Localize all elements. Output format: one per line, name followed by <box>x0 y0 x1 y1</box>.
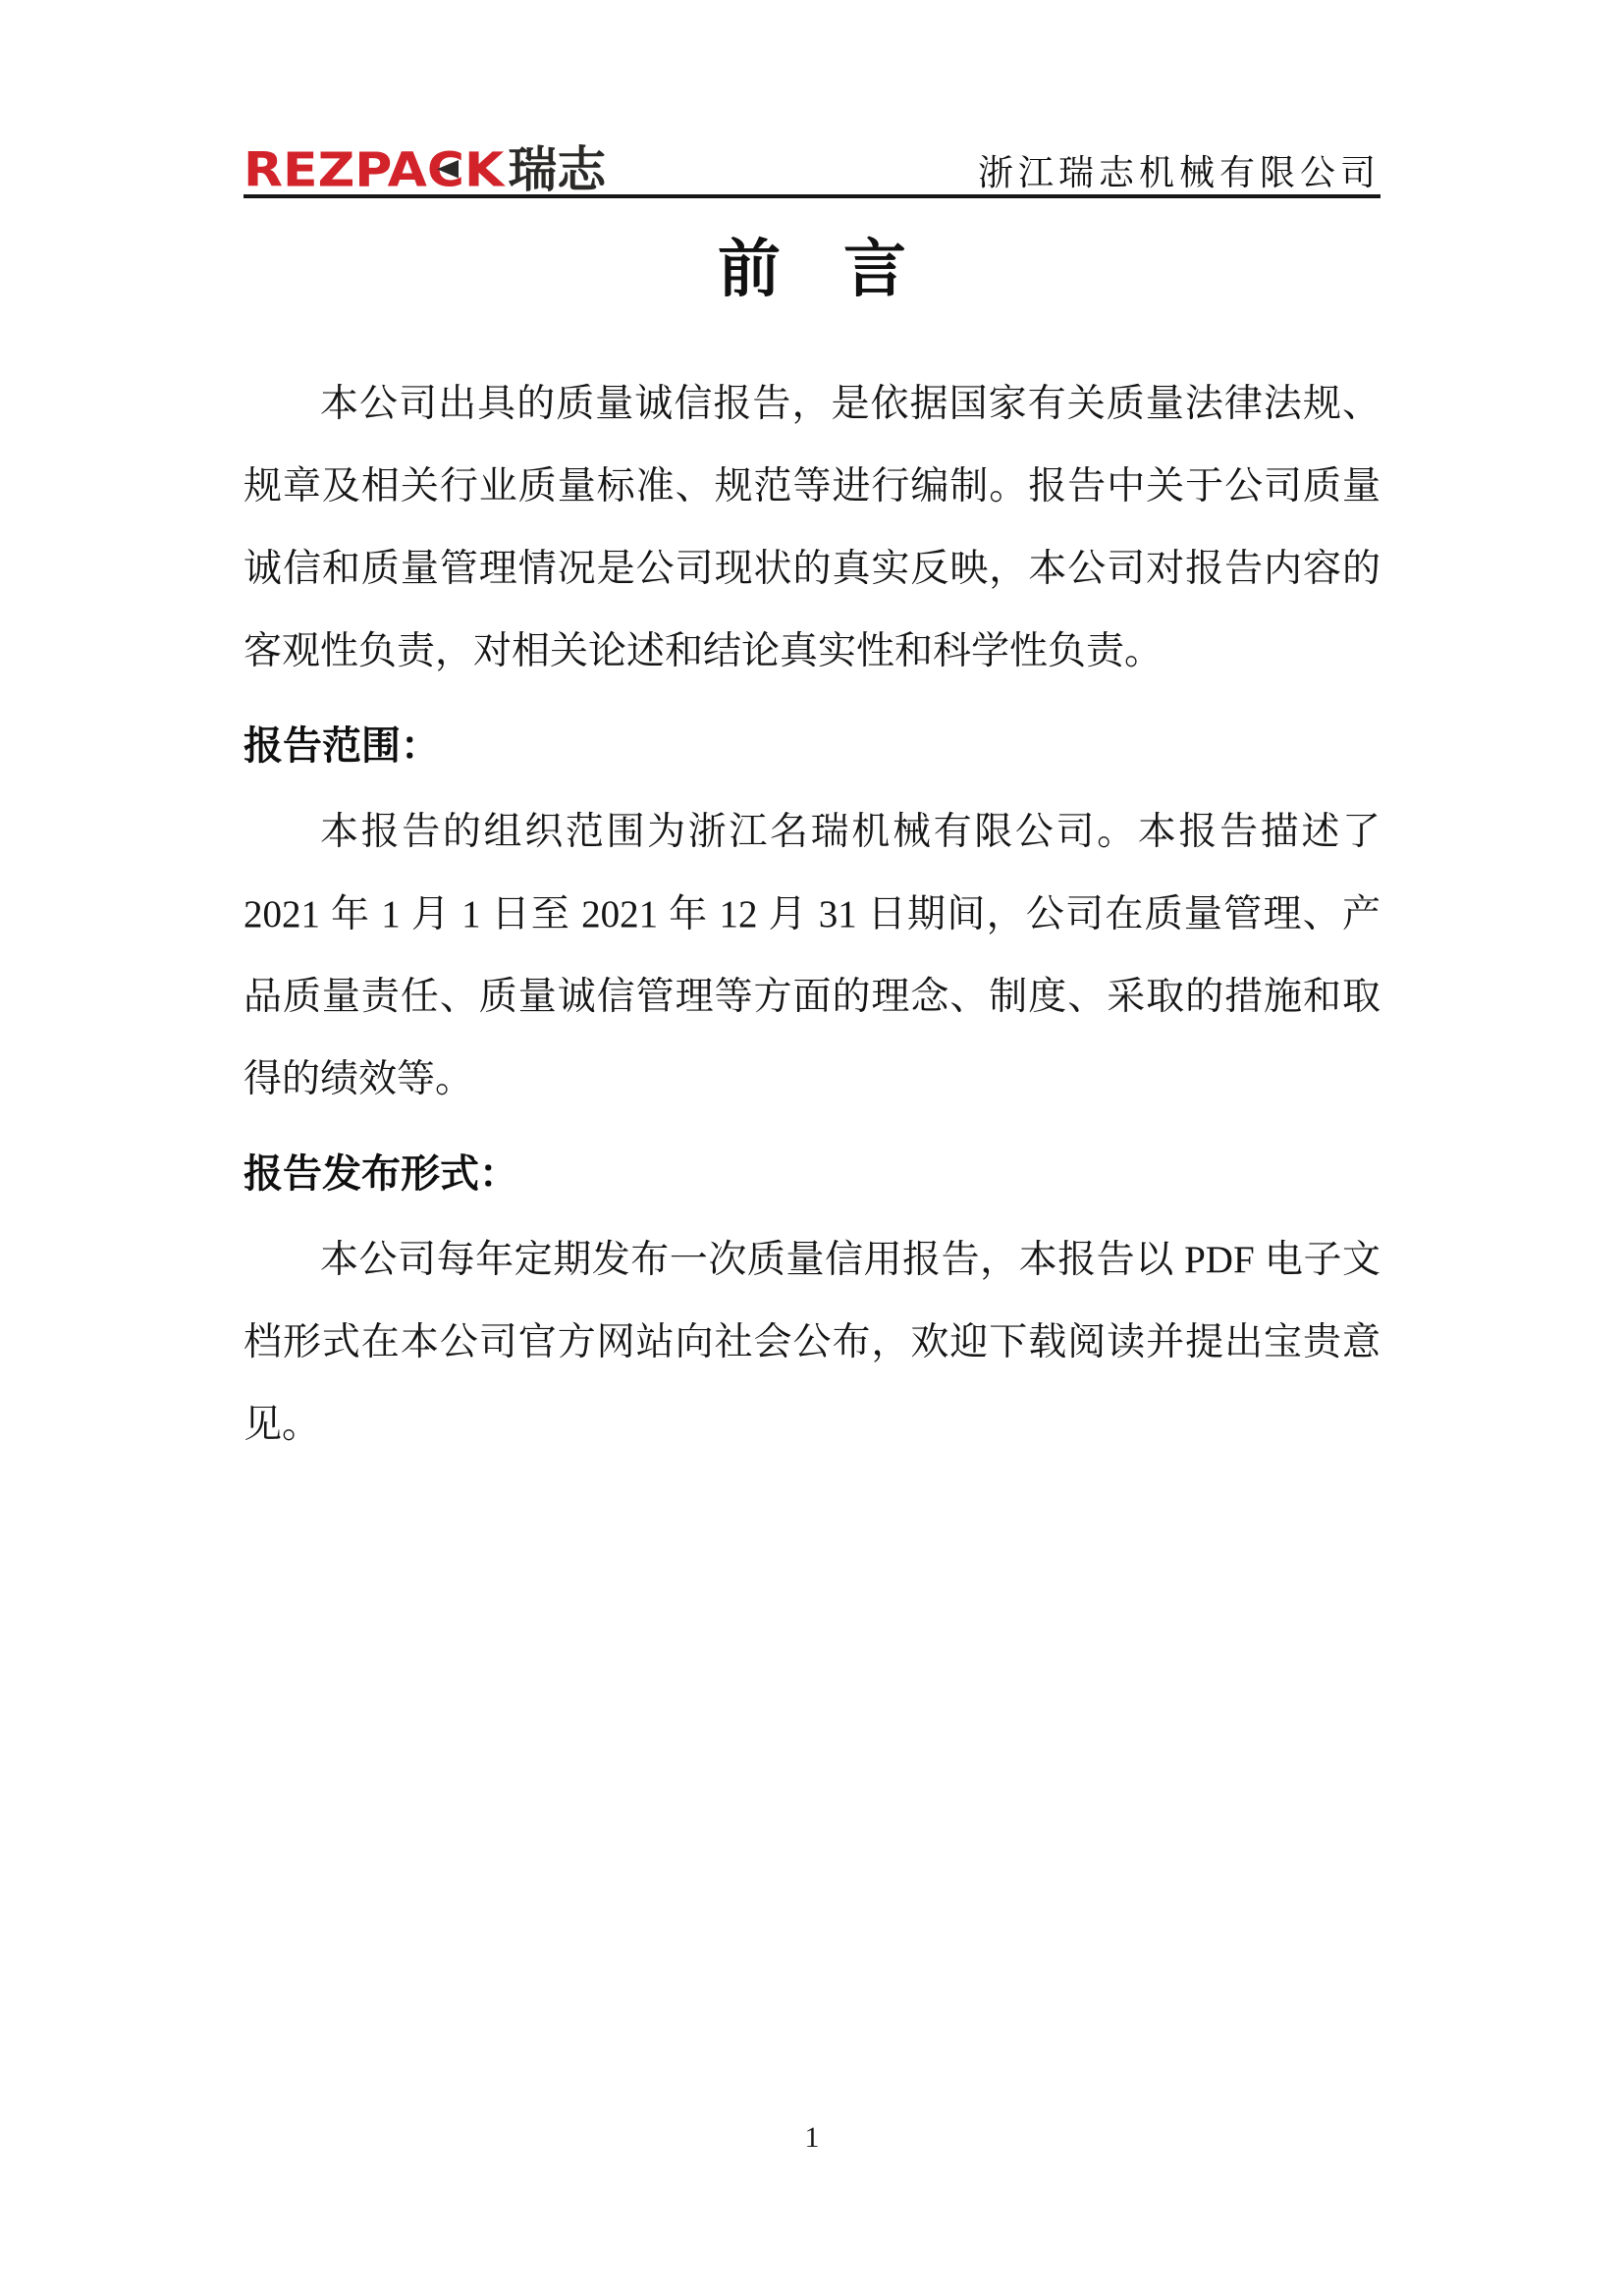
logo-cjk-text: 瑞志 <box>508 145 606 194</box>
document-body: 本公司出具的质量诚信报告，是依据国家有关质量法律法规、规章及相关行业质量标准、规… <box>244 363 1380 1467</box>
document-page: REZPACK 瑞志 浙江瑞志机械有限公司 前 言 本公司出具的质量诚信报告，是… <box>0 0 1624 2296</box>
section-heading-report-scope: 报告范围： <box>244 705 1380 787</box>
page-header: REZPACK 瑞志 浙江瑞志机械有限公司 <box>244 0 1380 198</box>
header-company-name: 浙江瑞志机械有限公司 <box>978 155 1380 194</box>
logo-wordmark: REZPACK <box>244 147 504 194</box>
page-title: 前 言 <box>244 234 1380 306</box>
rezpack-logo: REZPACK 瑞志 <box>244 143 606 194</box>
paragraph-release-form: 本公司每年定期发布一次质量信用报告，本报告以 PDF 电子文档形式在本公司官方网… <box>244 1219 1380 1467</box>
logo-wordmark-text: REZPACK <box>244 143 504 197</box>
paragraph-report-scope: 本报告的组织范围为浙江名瑞机械有限公司。本报告描述了 2021 年 1 月 1 … <box>244 791 1380 1121</box>
section-heading-release-form: 报告发布形式： <box>244 1133 1380 1215</box>
page-number: 1 <box>0 2120 1624 2156</box>
paragraph-intro: 本公司出具的质量诚信报告，是依据国家有关质量法律法规、规章及相关行业质量标准、规… <box>244 363 1380 693</box>
logo-left-triangle-icon <box>437 160 459 178</box>
